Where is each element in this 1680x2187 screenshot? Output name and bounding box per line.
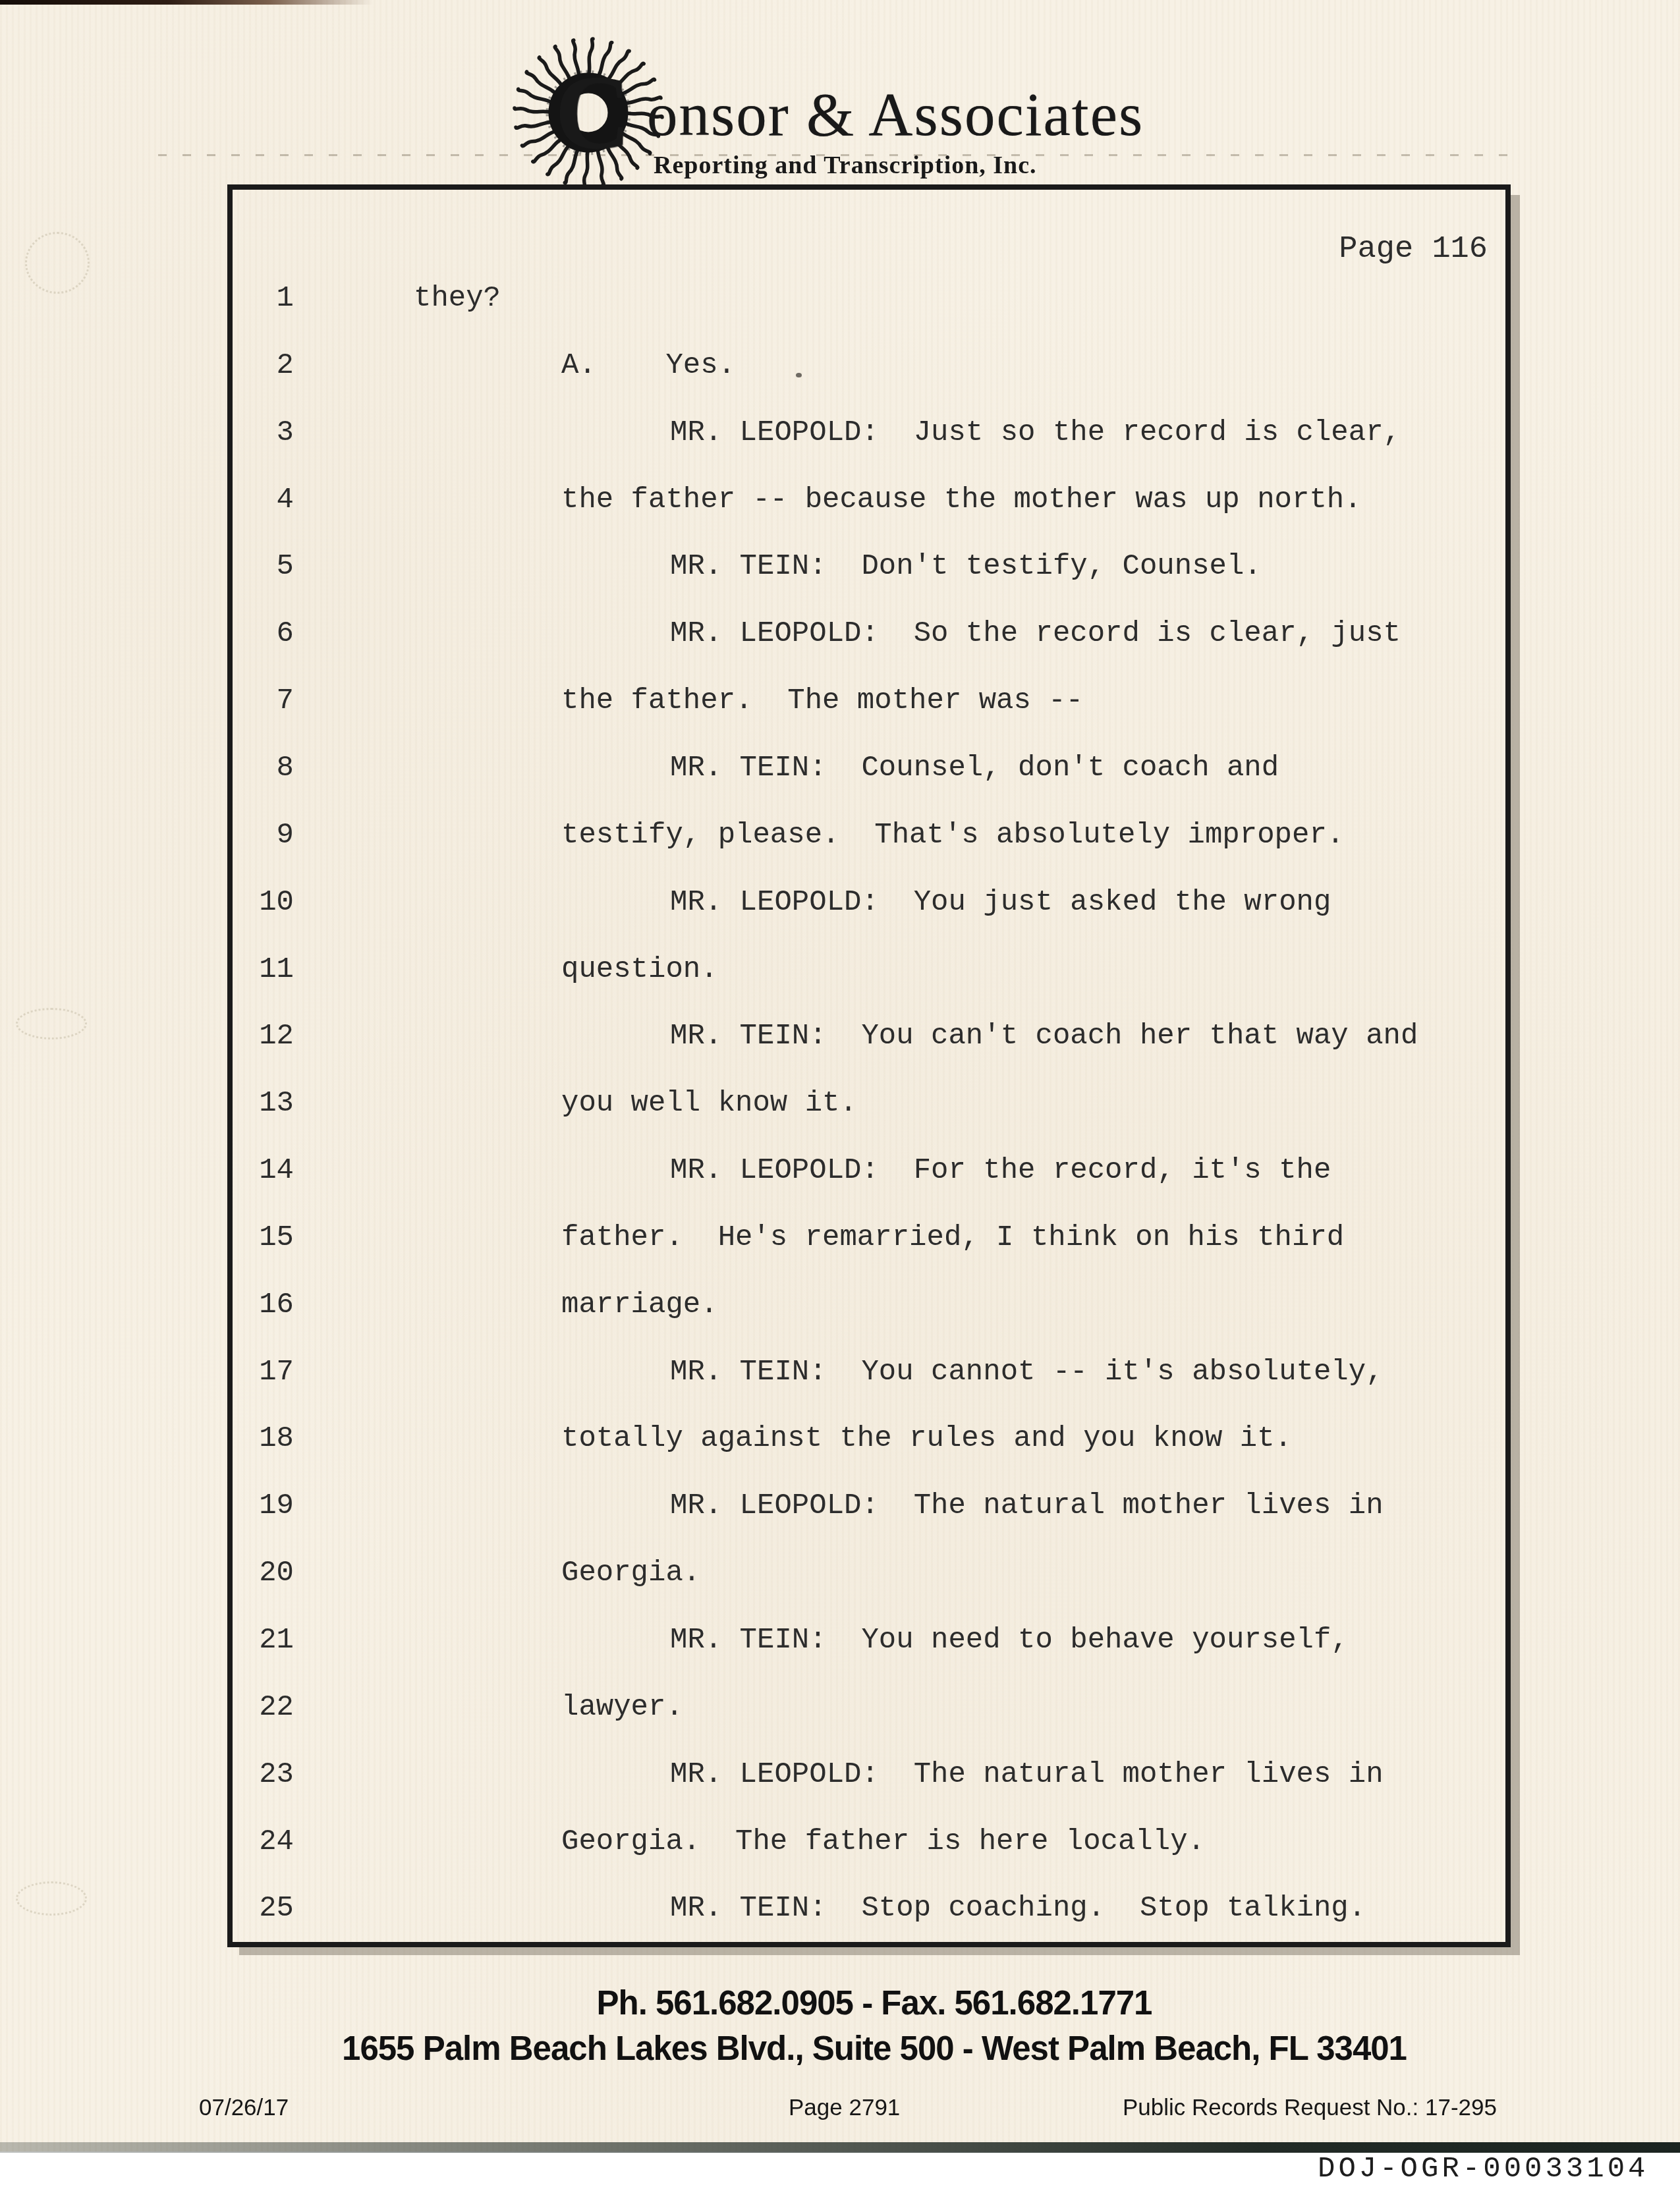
line-text: MR. LEOPOLD: The natural mother lives in: [670, 1758, 1384, 1791]
line-text: totally against the rules and you know i…: [561, 1422, 1292, 1455]
line-text: MR. TEIN: You need to behave yourself,: [670, 1624, 1349, 1657]
transcript-line: 15 father. He's remarried, I think on hi…: [0, 1221, 1680, 1258]
bates-stamp: DOJ-OGR-00033104: [1318, 2153, 1648, 2186]
transcript-lines: 1 they? 2 A. Yes. 3 MR. LEOPOLD: Just so…: [0, 0, 1680, 1976]
address-line: 1655 Palm Beach Lakes Blvd., Suite 500 -…: [66, 2032, 1680, 2065]
line-text: father. He's remarried, I think on his t…: [561, 1221, 1344, 1254]
line-text: MR. LEOPOLD: The natural mother lives in: [670, 1489, 1384, 1522]
line-number: 11: [256, 953, 294, 986]
transcript-line: 6 MR. LEOPOLD: So the record is clear, j…: [0, 617, 1680, 654]
line-number: 9: [256, 819, 294, 852]
line-number: 24: [256, 1825, 294, 1858]
line-text: MR. LEOPOLD: For the record, it's the: [670, 1154, 1331, 1187]
line-text: A. Yes.: [561, 349, 735, 382]
document-page-number: Page 2791: [789, 2095, 900, 2121]
line-number: 13: [256, 1087, 294, 1120]
line-text: the father -- because the mother was up …: [561, 484, 1362, 516]
line-number: 17: [256, 1356, 294, 1389]
line-number: 4: [256, 484, 294, 516]
line-text: Georgia. The father is here locally.: [561, 1825, 1205, 1858]
transcript-line: 1 they?: [0, 282, 1680, 319]
transcript-line: 22 lawyer.: [0, 1691, 1680, 1728]
document-date: 07/26/17: [199, 2095, 289, 2121]
document-meta-row: 07/26/17 Page 2791 Public Records Reques…: [0, 2095, 1680, 2121]
transcript-line: 9 testify, please. That's absolutely imp…: [0, 819, 1680, 856]
line-number: 15: [256, 1221, 294, 1254]
line-number: 6: [256, 617, 294, 650]
line-number: 16: [256, 1288, 294, 1321]
line-text: testify, please. That's absolutely impro…: [561, 819, 1344, 852]
line-number: 22: [256, 1691, 294, 1724]
transcript-line: 25 MR. TEIN: Stop coaching. Stop talking…: [0, 1892, 1680, 1929]
transcript-line: 20 Georgia.: [0, 1557, 1680, 1593]
transcript-line: 10 MR. LEOPOLD: You just asked the wrong: [0, 886, 1680, 923]
line-number: 5: [256, 550, 294, 583]
scan-speck: [796, 373, 802, 377]
line-text: MR. LEOPOLD: You just asked the wrong: [670, 886, 1331, 919]
line-text: Georgia.: [561, 1557, 700, 1590]
line-number: 18: [256, 1422, 294, 1455]
transcript-line: 7 the father. The mother was --: [0, 684, 1680, 721]
line-number: 2: [256, 349, 294, 382]
transcript-line: 16 marriage.: [0, 1288, 1680, 1325]
transcript-line: 23 MR. LEOPOLD: The natural mother lives…: [0, 1758, 1680, 1795]
line-text: MR. TEIN: Don't testify, Counsel.: [670, 550, 1262, 583]
line-number: 23: [256, 1758, 294, 1791]
public-records-request-number: Public Records Request No.: 17-295: [1123, 2095, 1497, 2121]
line-text: MR. TEIN: You cannot -- it's absolutely,: [670, 1356, 1384, 1389]
letterhead-footer: Ph. 561.682.0905 - Fax. 561.682.1771 165…: [66, 1986, 1680, 2065]
line-number: 8: [256, 752, 294, 785]
line-number: 19: [256, 1489, 294, 1522]
transcript-line: 12 MR. TEIN: You can't coach her that wa…: [0, 1020, 1680, 1057]
line-number: 25: [256, 1892, 294, 1925]
transcript-line: 8 MR. TEIN: Counsel, don't coach and: [0, 752, 1680, 789]
line-number: 14: [256, 1154, 294, 1187]
transcript-line: 21 MR. TEIN: You need to behave yourself…: [0, 1624, 1680, 1661]
transcript-line: 3 MR. LEOPOLD: Just so the record is cle…: [0, 416, 1680, 453]
transcript-line: 18 totally against the rules and you kno…: [0, 1422, 1680, 1459]
transcript-line: 24 Georgia. The father is here locally.: [0, 1825, 1680, 1862]
transcript-line: 17 MR. TEIN: You cannot -- it's absolute…: [0, 1356, 1680, 1393]
line-text: you well know it.: [561, 1087, 857, 1120]
line-number: 12: [256, 1020, 294, 1053]
line-number: 10: [256, 886, 294, 919]
line-text: MR. LEOPOLD: Just so the record is clear…: [670, 416, 1401, 449]
line-number: 7: [256, 684, 294, 717]
transcript-line: 4 the father -- because the mother was u…: [0, 484, 1680, 520]
line-text: MR. TEIN: You can't coach her that way a…: [670, 1020, 1418, 1053]
phone-fax-line: Ph. 561.682.0905 - Fax. 561.682.1771: [66, 1986, 1680, 2020]
line-number: 21: [256, 1624, 294, 1657]
line-text: they?: [414, 282, 501, 315]
line-text: the father. The mother was --: [561, 684, 1083, 717]
scanned-transcript-page: C onsor & Associates Reporting and Trans…: [0, 0, 1680, 2187]
transcript-line: 11 question.: [0, 953, 1680, 990]
scan-edge-artifact-bottom: [0, 2142, 1680, 2153]
line-text: MR. LEOPOLD: So the record is clear, jus…: [670, 617, 1401, 650]
line-number: 20: [256, 1557, 294, 1590]
transcript-line: 14 MR. LEOPOLD: For the record, it's the: [0, 1154, 1680, 1191]
transcript-line: 2 A. Yes.: [0, 349, 1680, 386]
line-text: MR. TEIN: Stop coaching. Stop talking.: [670, 1892, 1366, 1925]
line-text: MR. TEIN: Counsel, don't coach and: [670, 752, 1279, 785]
transcript-line: 5 MR. TEIN: Don't testify, Counsel.: [0, 550, 1680, 587]
transcript-line: 19 MR. LEOPOLD: The natural mother lives…: [0, 1489, 1680, 1526]
line-text: lawyer.: [561, 1691, 683, 1724]
line-number: 1: [256, 282, 294, 315]
line-text: question.: [561, 953, 718, 986]
transcript-line: 13 you well know it.: [0, 1087, 1680, 1124]
line-number: 3: [256, 416, 294, 449]
line-text: marriage.: [561, 1288, 718, 1321]
